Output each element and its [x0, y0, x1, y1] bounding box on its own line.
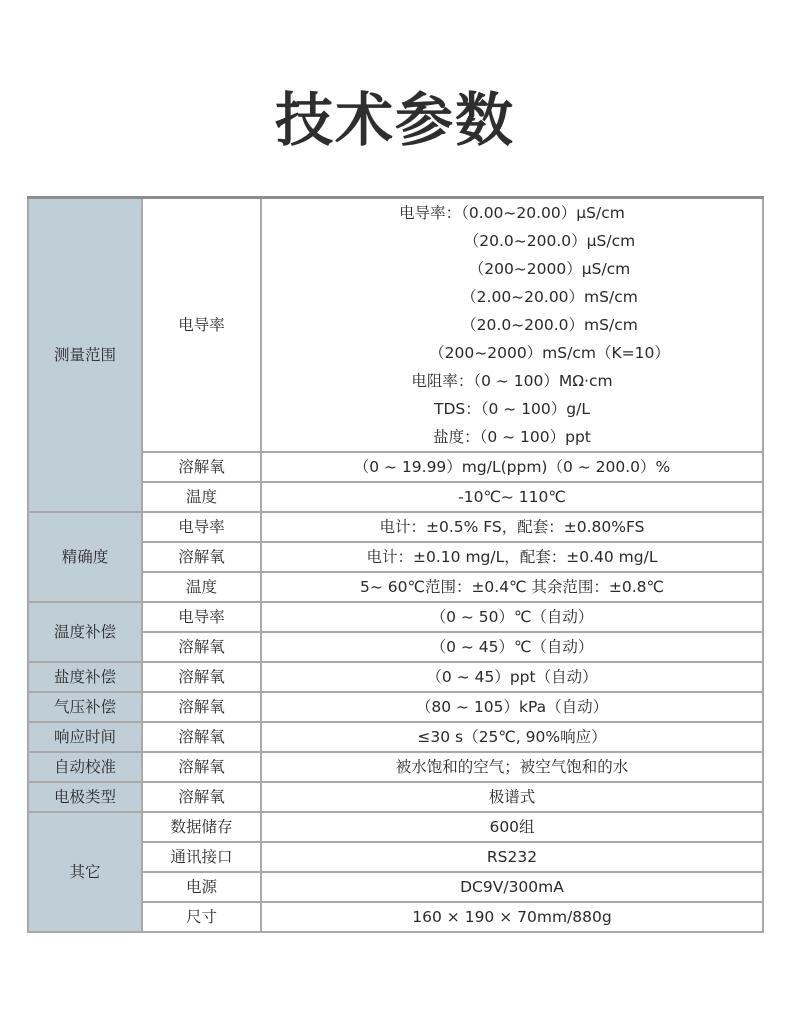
value-cell: 极谱式 [261, 782, 763, 812]
table-row: 气压补偿 溶解氧 （80 ~ 105）kPa（自动） [28, 692, 763, 722]
conductivity-range-list: 电导率：（0.00~20.00）μS/cm （20.0~200.0）μS/cm … [261, 198, 763, 453]
group-measurement-range: 测量范围 [28, 198, 142, 513]
value-cell: -10℃~ 110℃ [261, 482, 763, 512]
group-electrode-type: 电极类型 [28, 782, 142, 812]
group-others: 其它 [28, 812, 142, 932]
table-row: 温度补偿 电导率 （0 ~ 50）℃（自动） [28, 602, 763, 632]
value-cell: DC9V/300mA [261, 872, 763, 902]
range-line: （20.0~200.0）mS/cm [262, 311, 762, 339]
value-cell: 600组 [261, 812, 763, 842]
range-line: （2.00~20.00）mS/cm [262, 283, 762, 311]
value-cell: （0 ~ 45）ppt（自动） [261, 662, 763, 692]
value-cell: 160 × 190 × 70mm/880g [261, 902, 763, 932]
sub-label: 溶解氧 [142, 632, 261, 662]
range-line: 盐度：（0 ~ 100）ppt [262, 423, 762, 451]
range-line: 电导率：（0.00~20.00）μS/cm [262, 199, 762, 227]
sub-label: 溶解氧 [142, 722, 261, 752]
sub-label: 电导率 [142, 602, 261, 632]
page-title: 技术参数 [0, 80, 790, 160]
sub-label: 溶解氧 [142, 782, 261, 812]
value-cell: （0 ~ 19.99）mg/L(ppm)（0 ~ 200.0）% [261, 452, 763, 482]
group-accuracy: 精确度 [28, 512, 142, 602]
table-row: 精确度 电导率 电计：±0.5% FS，配套：±0.80%FS [28, 512, 763, 542]
sub-label: 电导率 [142, 198, 261, 453]
range-line: （200~2000）mS/cm（K=10） [262, 339, 762, 367]
table-row: 自动校准 溶解氧 被水饱和的空气；被空气饱和的水 [28, 752, 763, 782]
sub-label: 溶解氧 [142, 692, 261, 722]
value-cell: 电计：±0.5% FS，配套：±0.80%FS [261, 512, 763, 542]
value-cell: RS232 [261, 842, 763, 872]
group-auto-calibration: 自动校准 [28, 752, 142, 782]
value-cell: ≤30 s（25℃, 90%响应） [261, 722, 763, 752]
sub-label: 尺寸 [142, 902, 261, 932]
sub-label: 溶解氧 [142, 752, 261, 782]
value-cell: （80 ~ 105）kPa（自动） [261, 692, 763, 722]
sub-label: 通讯接口 [142, 842, 261, 872]
sub-label: 溶解氧 [142, 542, 261, 572]
sub-label: 温度 [142, 482, 261, 512]
sub-label: 温度 [142, 572, 261, 602]
value-cell: （0 ~ 50）℃（自动） [261, 602, 763, 632]
group-salinity-compensation: 盐度补偿 [28, 662, 142, 692]
sub-label: 溶解氧 [142, 452, 261, 482]
table-row: 盐度补偿 溶解氧 （0 ~ 45）ppt（自动） [28, 662, 763, 692]
group-pressure-compensation: 气压补偿 [28, 692, 142, 722]
spec-table: 测量范围 电导率 电导率：（0.00~20.00）μS/cm （20.0~200… [27, 196, 764, 933]
table-row: 电极类型 溶解氧 极谱式 [28, 782, 763, 812]
table-row: 其它 数据储存 600组 [28, 812, 763, 842]
value-cell: （0 ~ 45）℃（自动） [261, 632, 763, 662]
range-line: TDS：（0 ~ 100）g/L [262, 395, 762, 423]
value-cell: 电计：±0.10 mg/L，配套：±0.40 mg/L [261, 542, 763, 572]
table-row: 响应时间 溶解氧 ≤30 s（25℃, 90%响应） [28, 722, 763, 752]
table-row: 测量范围 电导率 电导率：（0.00~20.00）μS/cm （20.0~200… [28, 198, 763, 453]
sub-label: 电源 [142, 872, 261, 902]
range-line: 电阻率：（0 ~ 100）MΩ·cm [262, 367, 762, 395]
group-response-time: 响应时间 [28, 722, 142, 752]
sub-label: 数据储存 [142, 812, 261, 842]
range-line: （200~2000）μS/cm [262, 255, 762, 283]
value-cell: 被水饱和的空气；被空气饱和的水 [261, 752, 763, 782]
range-line: （20.0~200.0）μS/cm [262, 227, 762, 255]
sub-label: 溶解氧 [142, 662, 261, 692]
sub-label: 电导率 [142, 512, 261, 542]
value-cell: 5~ 60℃范围：±0.4℃ 其余范围：±0.8℃ [261, 572, 763, 602]
group-temp-compensation: 温度补偿 [28, 602, 142, 662]
